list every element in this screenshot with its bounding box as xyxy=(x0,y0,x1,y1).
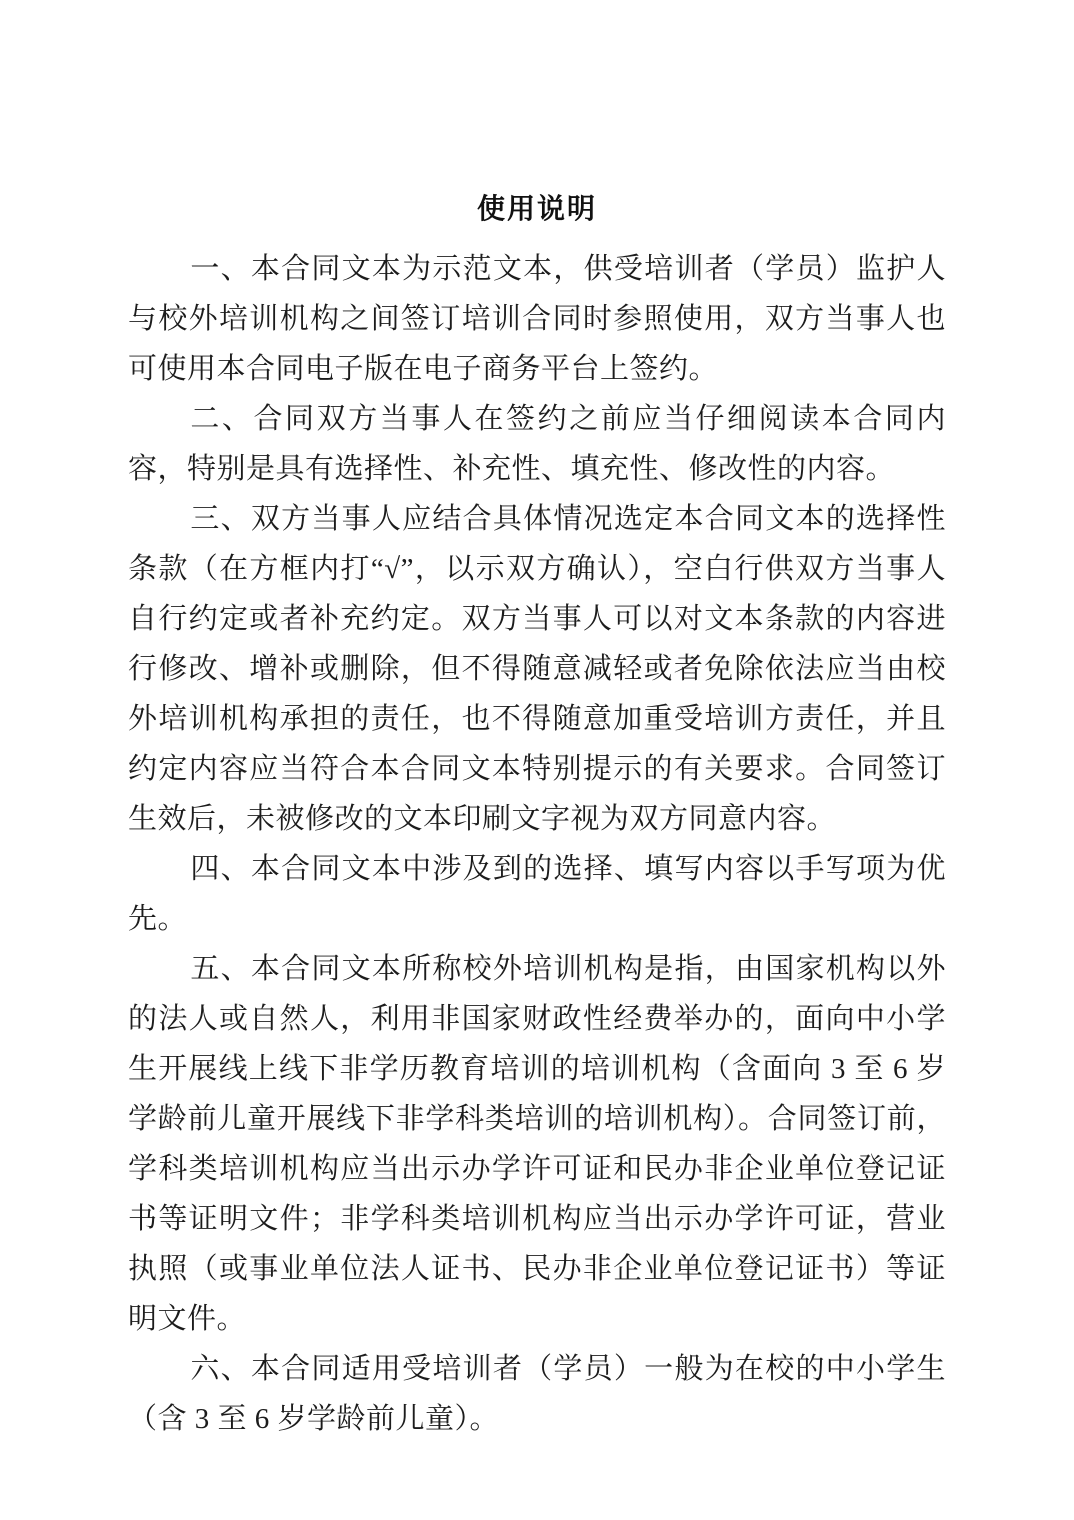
document-body: 一、本合同文本为示范文本，供受培训者（学员）监护人与校外培训机构之间签订培训合同… xyxy=(128,244,946,1444)
paragraph-3: 三、双方当事人应结合具体情况选定本合同文本的选择性条款（在方框内打“√”，以示双… xyxy=(128,494,946,844)
paragraph-5: 五、本合同文本所称校外培训机构是指，由国家机构以外的法人或自然人，利用非国家财政… xyxy=(128,944,946,1344)
page-title: 使用说明 xyxy=(128,190,946,228)
paragraph-6: 六、本合同适用受培训者（学员）一般为在校的中小学生（含 3 至 6 岁学龄前儿童… xyxy=(128,1344,946,1444)
document-content: 使用说明 一、本合同文本为示范文本，供受培训者（学员）监护人与校外培训机构之间签… xyxy=(128,190,946,1444)
document-page: 使用说明 一、本合同文本为示范文本，供受培训者（学员）监护人与校外培训机构之间签… xyxy=(0,0,1074,1520)
paragraph-4: 四、本合同文本中涉及到的选择、填写内容以手写项为优先。 xyxy=(128,844,946,944)
paragraph-1: 一、本合同文本为示范文本，供受培训者（学员）监护人与校外培训机构之间签订培训合同… xyxy=(128,244,946,394)
paragraph-2: 二、合同双方当事人在签约之前应当仔细阅读本合同内容，特别是具有选择性、补充性、填… xyxy=(128,394,946,494)
